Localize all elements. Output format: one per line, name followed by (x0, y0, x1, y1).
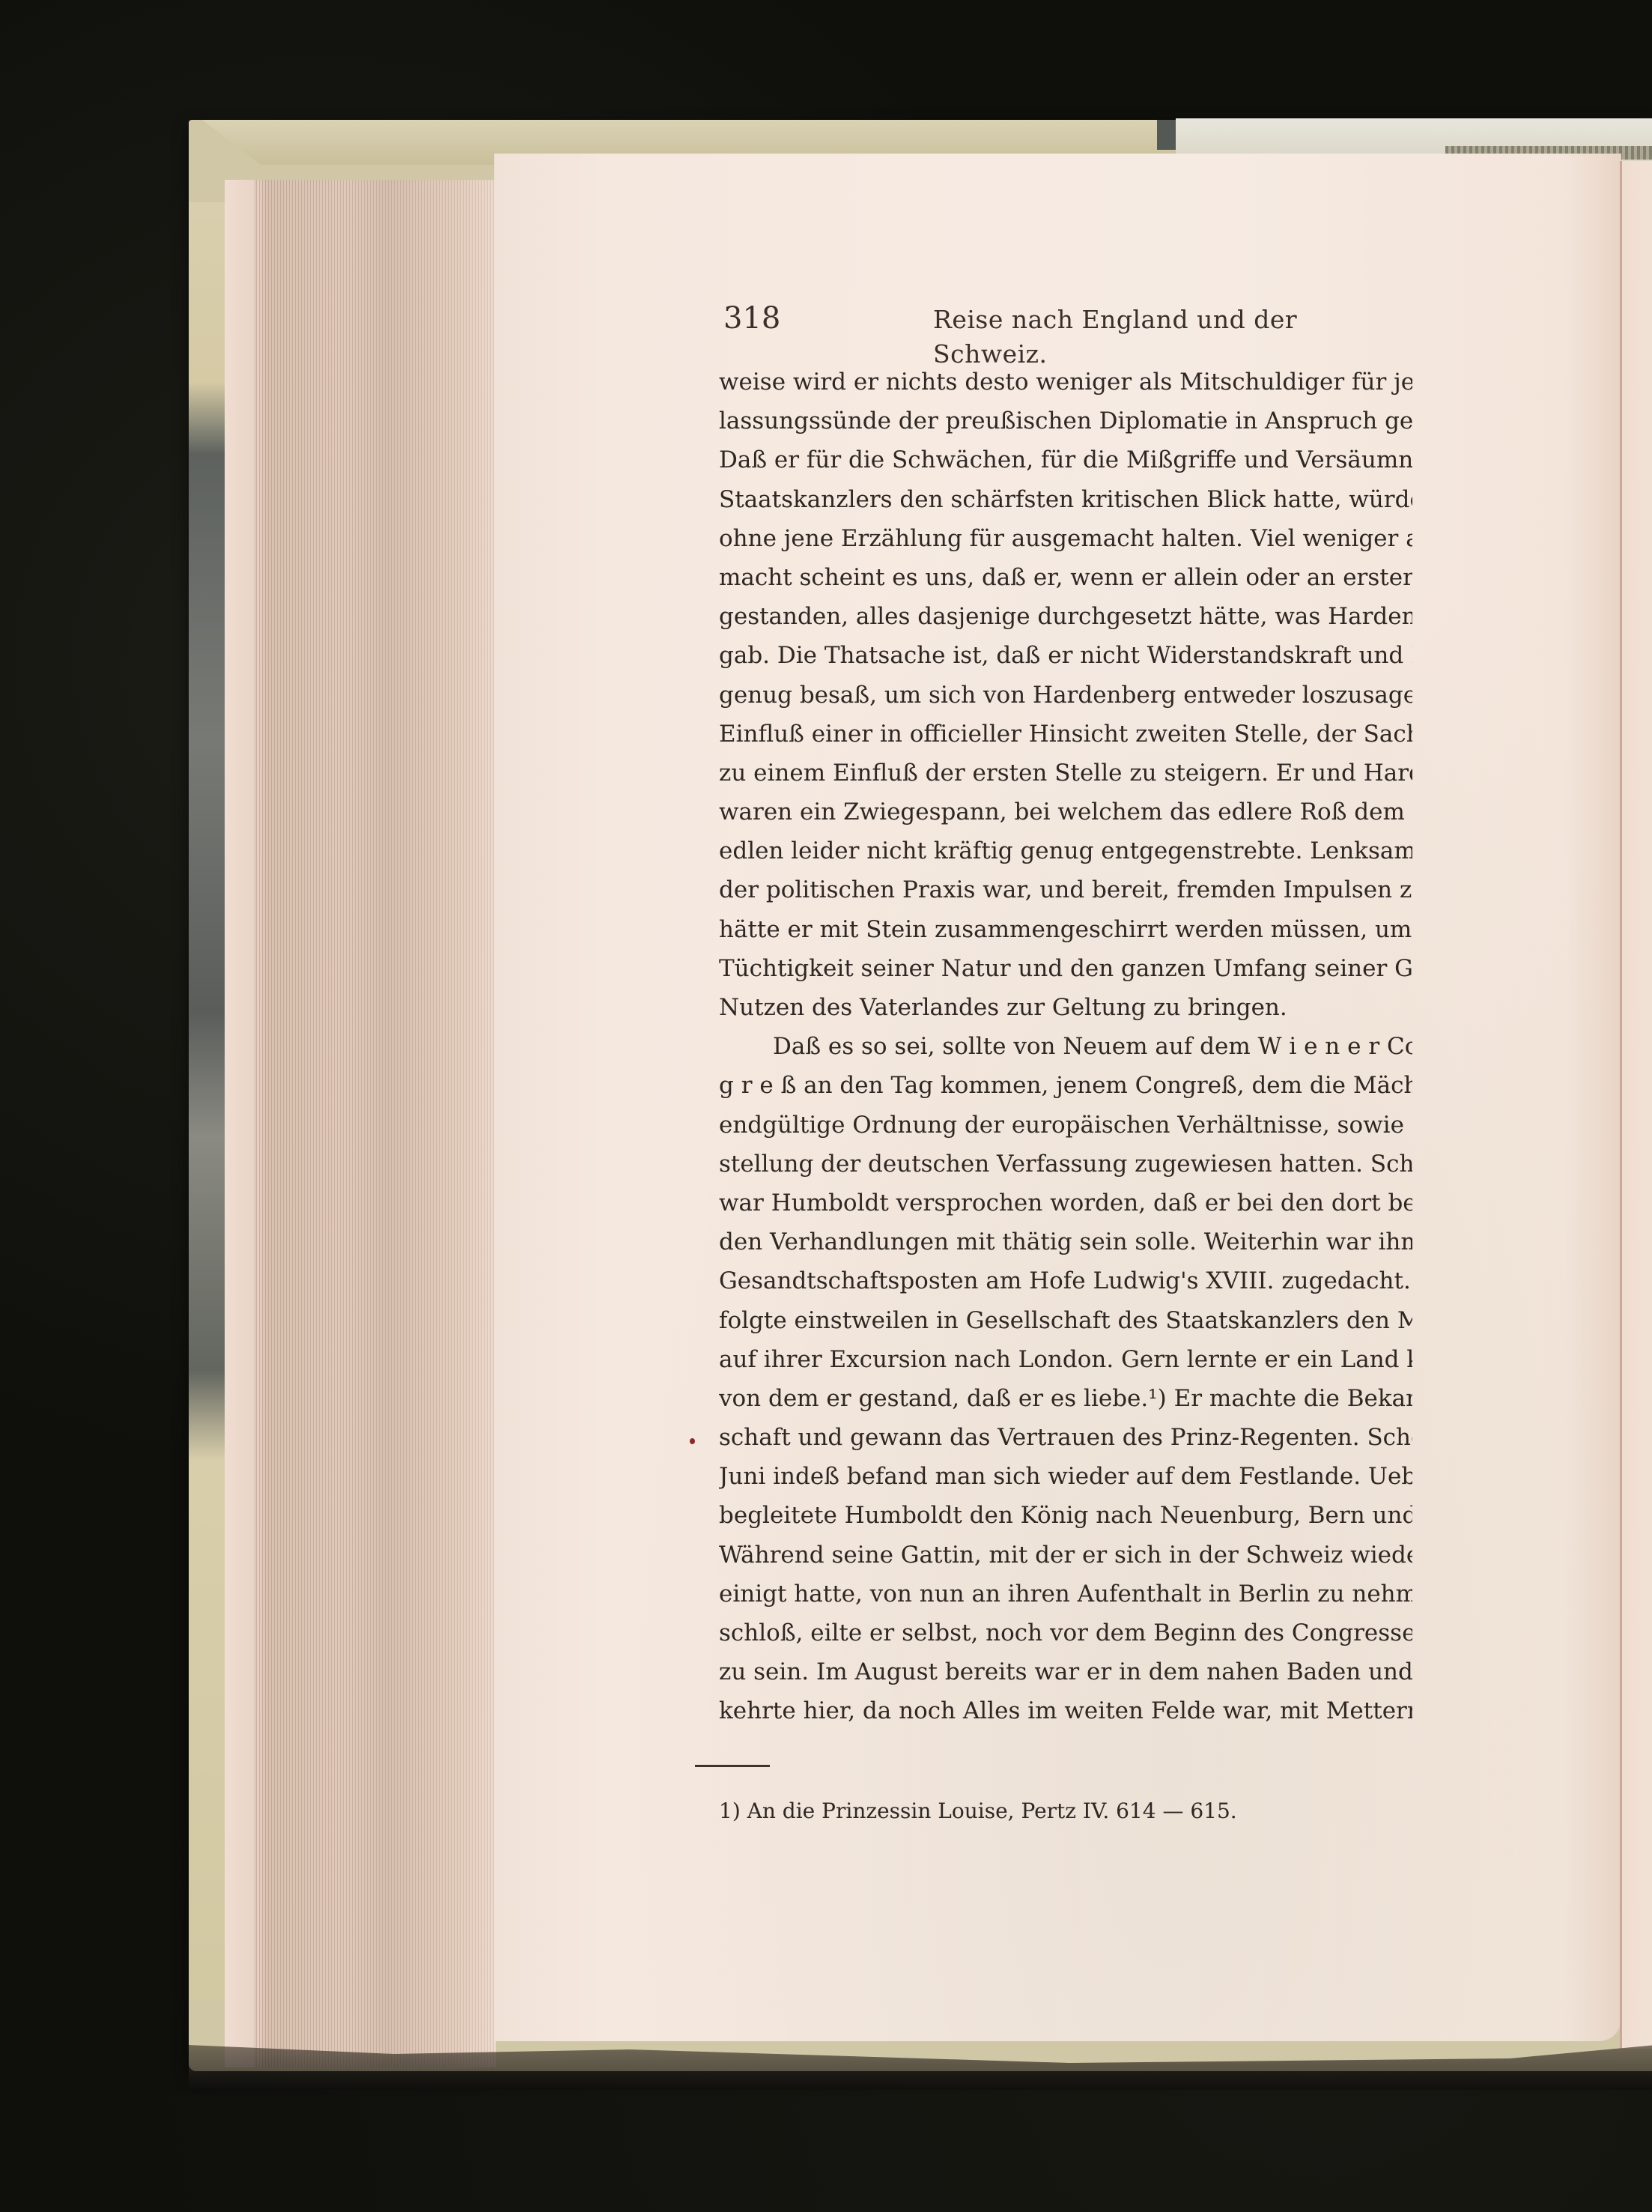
text-line: Einfluß einer in officieller Hinsicht zw… (719, 715, 1412, 754)
text-line: war Humboldt versprochen worden, daß er … (719, 1184, 1412, 1222)
body-text: weise wird er nichts desto weniger als M… (719, 363, 1412, 1731)
page-stack-first-leaf (225, 180, 255, 2067)
text-line: endgültige Ordnung der europäischen Verh… (719, 1106, 1412, 1145)
page-number: 318 (723, 300, 780, 337)
text-line: weise wird er nichts desto weniger als M… (719, 363, 1412, 402)
paragraph-start-line: Daß es so sei, sollte von Neuem auf dem … (719, 1027, 1412, 1066)
text-line: auf ihrer Excursion nach London. Gern le… (719, 1340, 1412, 1379)
text-line: edlen leider nicht kräftig genug entgege… (719, 831, 1412, 870)
text-line: zu einem Einfluß der ersten Stelle zu st… (719, 754, 1412, 793)
text-line: hätte er mit Stein zusammengeschirrt wer… (719, 910, 1412, 949)
page-stack-fore-edge (225, 180, 496, 2067)
text-line: lassungssünde der preußischen Diplomatie… (719, 402, 1412, 440)
text-line: der politischen Praxis war, und bereit, … (719, 870, 1412, 909)
text-line: Gesandtschaftsposten am Hofe Ludwig's XV… (719, 1261, 1412, 1300)
text-line: Daß er für die Schwächen, für die Mißgri… (719, 440, 1412, 479)
text-line: schloß, eilte er selbst, noch vor dem Be… (719, 1613, 1412, 1652)
text-line: stellung der deutschen Verfassung zugewi… (719, 1145, 1412, 1184)
text-line: begleitete Humboldt den König nach Neuen… (719, 1496, 1412, 1535)
text-line: waren ein Zwiegespann, bei welchem das e… (719, 793, 1412, 831)
text-line: Juni indeß befand man sich wieder auf de… (719, 1457, 1412, 1496)
text-line: Während seine Gattin, mit der er sich in… (719, 1536, 1412, 1575)
ink-mark (690, 1438, 695, 1444)
text-line: Staatskanzlers den schärfsten kritischen… (719, 480, 1412, 519)
text-line: einigt hatte, von nun an ihren Aufenthal… (719, 1575, 1412, 1613)
page-header: 318 Reise nach England und der Schweiz. (723, 300, 1412, 337)
text-line: folgte einstweilen in Gesellschaft des S… (719, 1301, 1412, 1340)
footnote-divider (695, 1765, 770, 1767)
text-line: gestanden, alles dasjenige durchgesetzt … (719, 597, 1412, 636)
facing-page-edge (1620, 161, 1652, 2049)
text-line: Tüchtigkeit seiner Natur und den ganzen … (719, 949, 1412, 988)
text-line: genug besaß, um sich von Hardenberg entw… (719, 676, 1412, 715)
text-line: von dem er gestand, daß er es liebe.¹) E… (719, 1379, 1412, 1418)
text-line: kehrte hier, da noch Alles im weiten Fel… (719, 1691, 1412, 1730)
paragraph-end-line: Nutzen des Vaterlandes zur Geltung zu br… (719, 988, 1412, 1027)
running-title: Reise nach England und der Schweiz. (933, 303, 1412, 372)
text-line: g r e ß an den Tag kommen, jenem Congreß… (719, 1066, 1412, 1105)
footnote: 1) An die Prinzessin Louise, Pertz IV. 6… (719, 1795, 1237, 1828)
text-line: gab. Die Thatsache ist, daß er nicht Wid… (719, 636, 1412, 675)
text-line: ohne jene Erzählung für ausgemacht halte… (719, 519, 1412, 558)
text-line: zu sein. Im August bereits war er in dem… (719, 1652, 1412, 1691)
text-line: den Verhandlungen mit thätig sein solle.… (719, 1222, 1412, 1261)
text-line: macht scheint es uns, daß er, wenn er al… (719, 558, 1412, 597)
text-line: schaft und gewann das Vertrauen des Prin… (719, 1418, 1412, 1457)
